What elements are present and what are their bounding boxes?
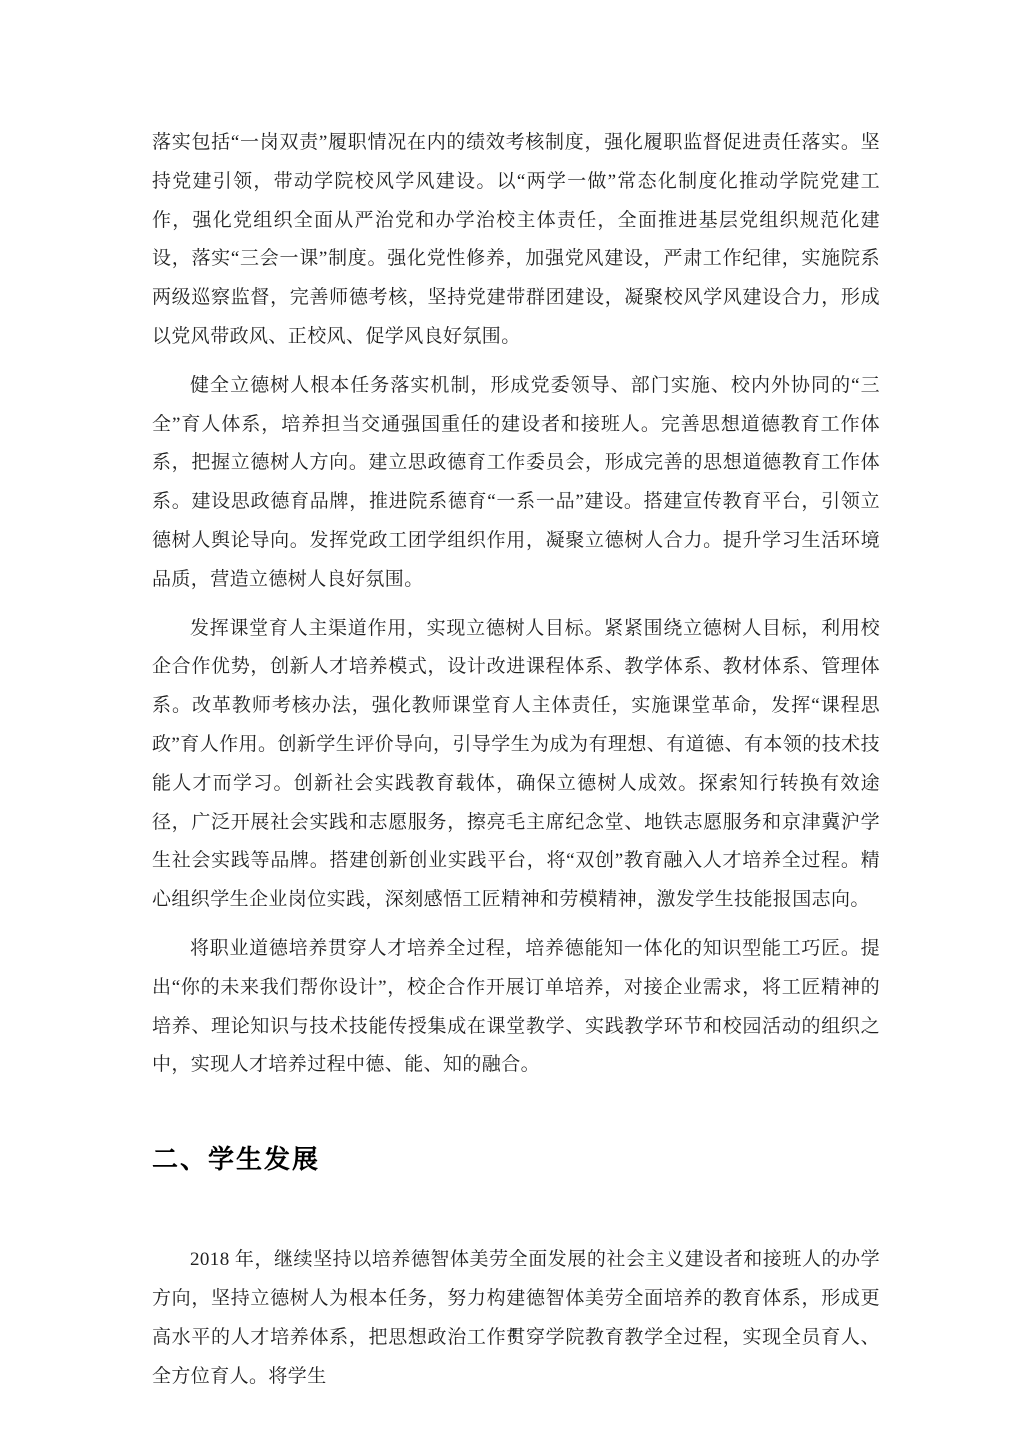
document-page: 落实包括“一岗双责”履职情况在内的绩效考核制度，强化履职监督促进责任落实。坚持党…	[0, 0, 1024, 1448]
paragraph-lideshuren-mechanism: 健全立德树人根本任务落实机制，形成党委领导、部门实施、校内外协同的“三全”育人体…	[152, 367, 880, 600]
paragraph-vocational-ethics-integration: 将职业道德培养贯穿人才培养全过程，培养德能知一体化的知识型能工巧匠。提出“你的未…	[152, 930, 880, 1085]
paragraph-party-building-continuation: 落实包括“一岗双责”履职情况在内的绩效考核制度，强化履职监督促进责任落实。坚持党…	[152, 124, 880, 357]
section-heading-student-development: 二、学生发展	[152, 1141, 880, 1177]
page-number: 4	[0, 1322, 1024, 1346]
paragraph-classroom-education-channel: 发挥课堂育人主渠道作用，实现立德树人目标。紧紧围绕立德树人目标，利用校企合作优势…	[152, 610, 880, 920]
paragraph-student-development-2018: 2018 年，继续坚持以培养德智体美劳全面发展的社会主义建设者和接班人的办学方向…	[152, 1241, 880, 1396]
page-content: 落实包括“一岗双责”履职情况在内的绩效考核制度，强化履职监督促进责任落实。坚持党…	[152, 124, 880, 1406]
